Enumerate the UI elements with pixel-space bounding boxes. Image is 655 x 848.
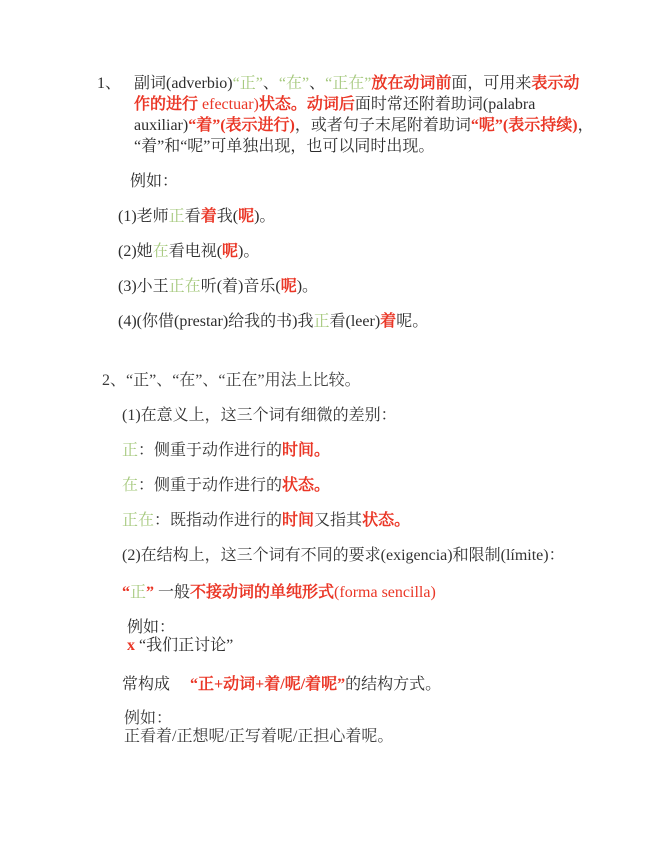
text-run: (3)小王 (118, 278, 169, 295)
text-run: 正 (314, 313, 330, 330)
text-run: “我们正讨论” (135, 637, 233, 654)
grammar-document-page: 1、副词(adverbio)“正”、“在”、“正在”放在动词前面，可用来表示动作… (0, 0, 597, 746)
text-run: 着 (201, 208, 217, 225)
text-run: 放在动词前 (371, 75, 451, 92)
text-run: 我( (217, 208, 238, 225)
text-run: ” (146, 584, 154, 601)
text-run: 作的进行 (134, 96, 198, 113)
text-run: 呢。 (396, 313, 428, 330)
text-line: 例如： (124, 710, 597, 728)
text-run: 、 (309, 75, 325, 92)
text-line: 1、副词(adverbio)“正”、“在”、“正在”放在动词前面，可用来表示动 (134, 73, 597, 94)
text-run: 面，可用来 (451, 75, 531, 92)
text-run: 呢 (281, 278, 297, 295)
point-2-structure: (2)在结构上，这三个词有不同的要求(exigencia)和限制(límite)… (97, 545, 597, 566)
text-run: )。 (238, 243, 259, 260)
text-line: (1)在意义上，这三个词有细微的差别： (122, 405, 597, 426)
text-run: 正 (169, 208, 185, 225)
text-run: 看(leer) (330, 313, 381, 330)
text-run: 表示动 (531, 75, 579, 92)
zheng-definition: 正：侧重于动作进行的时间。 (97, 440, 597, 461)
text-run: 一般 (154, 584, 190, 601)
text-run: 正 (130, 584, 146, 601)
text-run: “正” (233, 75, 263, 92)
text-line: 在：侧重于动作进行的状态。 (122, 475, 597, 496)
text-run: ，或者句子末尾附着助词 (295, 117, 471, 134)
zhengzai-definition: 正在：既指动作进行的时间又指其状态。 (97, 510, 597, 531)
text-run: 状态。 (259, 96, 307, 113)
zai-definition: 在：侧重于动作进行的状态。 (97, 475, 597, 496)
text-run: 时间。 (282, 442, 330, 459)
text-run: 正在 (169, 278, 201, 295)
example-sentence-4: (4)(你借(prestar)给我的书)我正看(leer)着呢。 (97, 311, 597, 332)
text-line: (1)老师正看着我(呢)。 (118, 206, 597, 227)
text-run: 看 (185, 208, 201, 225)
text-run: “正在” (325, 75, 371, 92)
text-run: 例如： (130, 173, 178, 190)
text-run: 、 (263, 75, 279, 92)
text-run: 时间 (282, 512, 314, 529)
text-run: (2)她 (118, 243, 153, 260)
text-run: (forma sencilla) (334, 584, 436, 601)
text-line: (3)小王正在听(着)音乐(呢)。 (118, 276, 597, 297)
text-line: (2)她在看电视(呢)。 (118, 241, 597, 262)
example-sentence-1: (1)老师正看着我(呢)。 (97, 206, 597, 227)
text-run: 正 (122, 442, 138, 459)
text-run: 听(着)音乐( (201, 278, 281, 295)
text-run: (1)在意义上，这三个词有细微的差别： (122, 407, 397, 424)
text-line: 例如： (127, 619, 597, 637)
text-run: x (127, 637, 135, 654)
text-run: 呢 (222, 243, 238, 260)
text-run: “正+动词+着/呢/着呢” (190, 676, 345, 693)
text-run: 呢 (238, 208, 254, 225)
text-run: 正在 (122, 512, 154, 529)
text-line: auxiliar)“着”(表示进行)，或者句子末尾附着助词“呢”(表示持续)， (134, 115, 597, 136)
example-label-1: 例如： (97, 171, 597, 192)
text-line: 正看着/正想呢/正写着呢/正担心着呢。 (124, 728, 597, 746)
text-run: 在 (153, 243, 169, 260)
text-run: (2)在结构上，这三个词有不同的要求(exigencia)和限制(límite)… (122, 547, 565, 564)
point-1-meaning: (1)在意义上，这三个词有细微的差别： (97, 405, 597, 426)
text-line: 例如： (130, 171, 597, 192)
wrong-example-note: 例如：x “我们正讨论” (97, 619, 597, 655)
text-run: ：既指动作进行的 (154, 512, 282, 529)
text-run: “ (122, 584, 130, 601)
zheng-structure-pattern: 常构成 “正+动词+着/呢/着呢”的结构方式。 (97, 674, 597, 695)
text-run: ：侧重于动作进行的 (138, 477, 282, 494)
paragraph-1-adverb-intro: 1、副词(adverbio)“正”、“在”、“正在”放在动词前面，可用来表示动作… (97, 73, 597, 157)
text-run: 面时常还附着助词(palabra (355, 96, 535, 113)
text-run: ：侧重于动作进行的 (138, 442, 282, 459)
text-line: 正：侧重于动作进行的时间。 (122, 440, 597, 461)
section-2-heading: 2、“正”、“在”、“正在”用法上比较。 (97, 370, 597, 391)
text-run: 状态。 (362, 512, 410, 529)
text-line: “正” 一般不接动词的单纯形式(forma sencilla) (122, 582, 597, 603)
text-line: “着”和“呢”可单独出现，也可以同时出现。 (134, 136, 597, 157)
text-line: 作的进行 efectuar)状态。动词后面时常还附着助词(palabra (134, 94, 597, 115)
text-run: ， (578, 117, 594, 134)
text-run: )。 (297, 278, 318, 295)
text-run: (表示持续) (503, 117, 578, 134)
text-run: 着 (380, 313, 396, 330)
text-run: “呢” (471, 117, 503, 134)
text-run: 在 (122, 477, 138, 494)
example-sentence-2: (2)她在看电视(呢)。 (97, 241, 597, 262)
text-run: “着” (188, 117, 220, 134)
text-run: (1)老师 (118, 208, 169, 225)
text-run: 副词(adverbio) (134, 75, 233, 92)
text-run: 2、“正”、“在”、“正在”用法上比较。 (102, 372, 361, 389)
text-run: 的结构方式。 (345, 676, 441, 693)
text-run: 例如： (127, 619, 175, 636)
text-line: 正在：既指动作进行的时间又指其状态。 (122, 510, 597, 531)
text-run: 常构成 (122, 676, 190, 693)
text-run: 状态。 (282, 477, 330, 494)
text-run: 看电视( (169, 243, 222, 260)
text-line: (2)在结构上，这三个词有不同的要求(exigencia)和限制(límite)… (122, 545, 597, 566)
text-line: 2、“正”、“在”、“正在”用法上比较。 (102, 370, 597, 391)
text-run: 不接动词的单纯形式 (190, 584, 334, 601)
pattern-examples: 例如：正看着/正想呢/正写着呢/正担心着呢。 (97, 710, 597, 746)
text-run: 动词后 (307, 96, 355, 113)
text-run: 正看着/正想呢/正写着呢/正担心着呢。 (124, 728, 393, 745)
text-run: “着”和“呢”可单独出现，也可以同时出现。 (134, 138, 434, 155)
text-run: )。 (254, 208, 275, 225)
text-line: x “我们正讨论” (127, 637, 597, 655)
text-run: auxiliar) (134, 117, 188, 134)
text-run: “在” (279, 75, 309, 92)
text-run: (4)(你借(prestar)给我的书)我 (118, 313, 314, 330)
text-run: efectuar) (198, 96, 259, 113)
zheng-rule: “正” 一般不接动词的单纯形式(forma sencilla) (97, 582, 597, 603)
text-line: 常构成 “正+动词+着/呢/着呢”的结构方式。 (122, 674, 597, 695)
example-sentence-3: (3)小王正在听(着)音乐(呢)。 (97, 276, 597, 297)
text-run: 又指其 (314, 512, 362, 529)
text-run: (表示进行) (220, 117, 295, 134)
text-run: 1、 (97, 73, 134, 94)
text-run: 例如： (124, 710, 172, 727)
text-line: (4)(你借(prestar)给我的书)我正看(leer)着呢。 (118, 311, 597, 332)
